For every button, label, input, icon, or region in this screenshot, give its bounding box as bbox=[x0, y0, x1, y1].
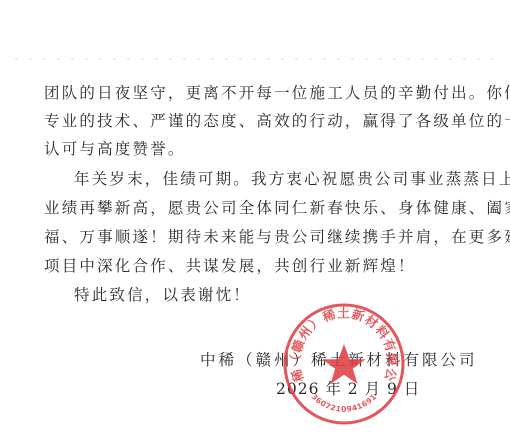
body-line-7: 项目中深化合作、共谋发展，共创行业新辉煌！ bbox=[44, 256, 416, 276]
body-line-1: 团队的日夜坚守，更离不开每一位施工人员的辛勤付出。你们以 bbox=[44, 83, 510, 103]
letter-page: 团队的日夜坚守，更离不开每一位施工人员的辛勤付出。你们以 专业的技术、严谨的态度… bbox=[0, 0, 510, 439]
closing-line: 特此致信，以表谢忱！ bbox=[74, 285, 251, 305]
scan-artifact bbox=[15, 58, 495, 60]
body-line-2: 专业的技术、严谨的态度、高效的行动，赢得了各级单位的一致 bbox=[44, 111, 510, 131]
seal-arc-text: 中稀（赣州）稀土新材料有限公司 bbox=[282, 302, 400, 385]
body-line-5: 业绩再攀新高，愿贵公司全体同仁新春快乐、身体健康、阖家幸 bbox=[44, 198, 510, 218]
svg-text:中稀（赣州）稀土新材料有限公司: 中稀（赣州）稀土新材料有限公司 bbox=[282, 302, 400, 385]
signature-company: 中稀（赣州）稀土新材料有限公司 bbox=[200, 350, 478, 370]
body-line-6: 福、万事顺遂！期待未来能与贵公司继续携手并肩，在更多建设 bbox=[44, 227, 510, 247]
body-line-4: 年关岁末，佳绩可期。我方衷心祝愿贵公司事业蒸蒸日上、 bbox=[74, 169, 510, 189]
signature-date: 2026 年 2 月 9 日 bbox=[276, 379, 420, 399]
body-line-3: 认可与高度赞誉。 bbox=[44, 139, 186, 159]
